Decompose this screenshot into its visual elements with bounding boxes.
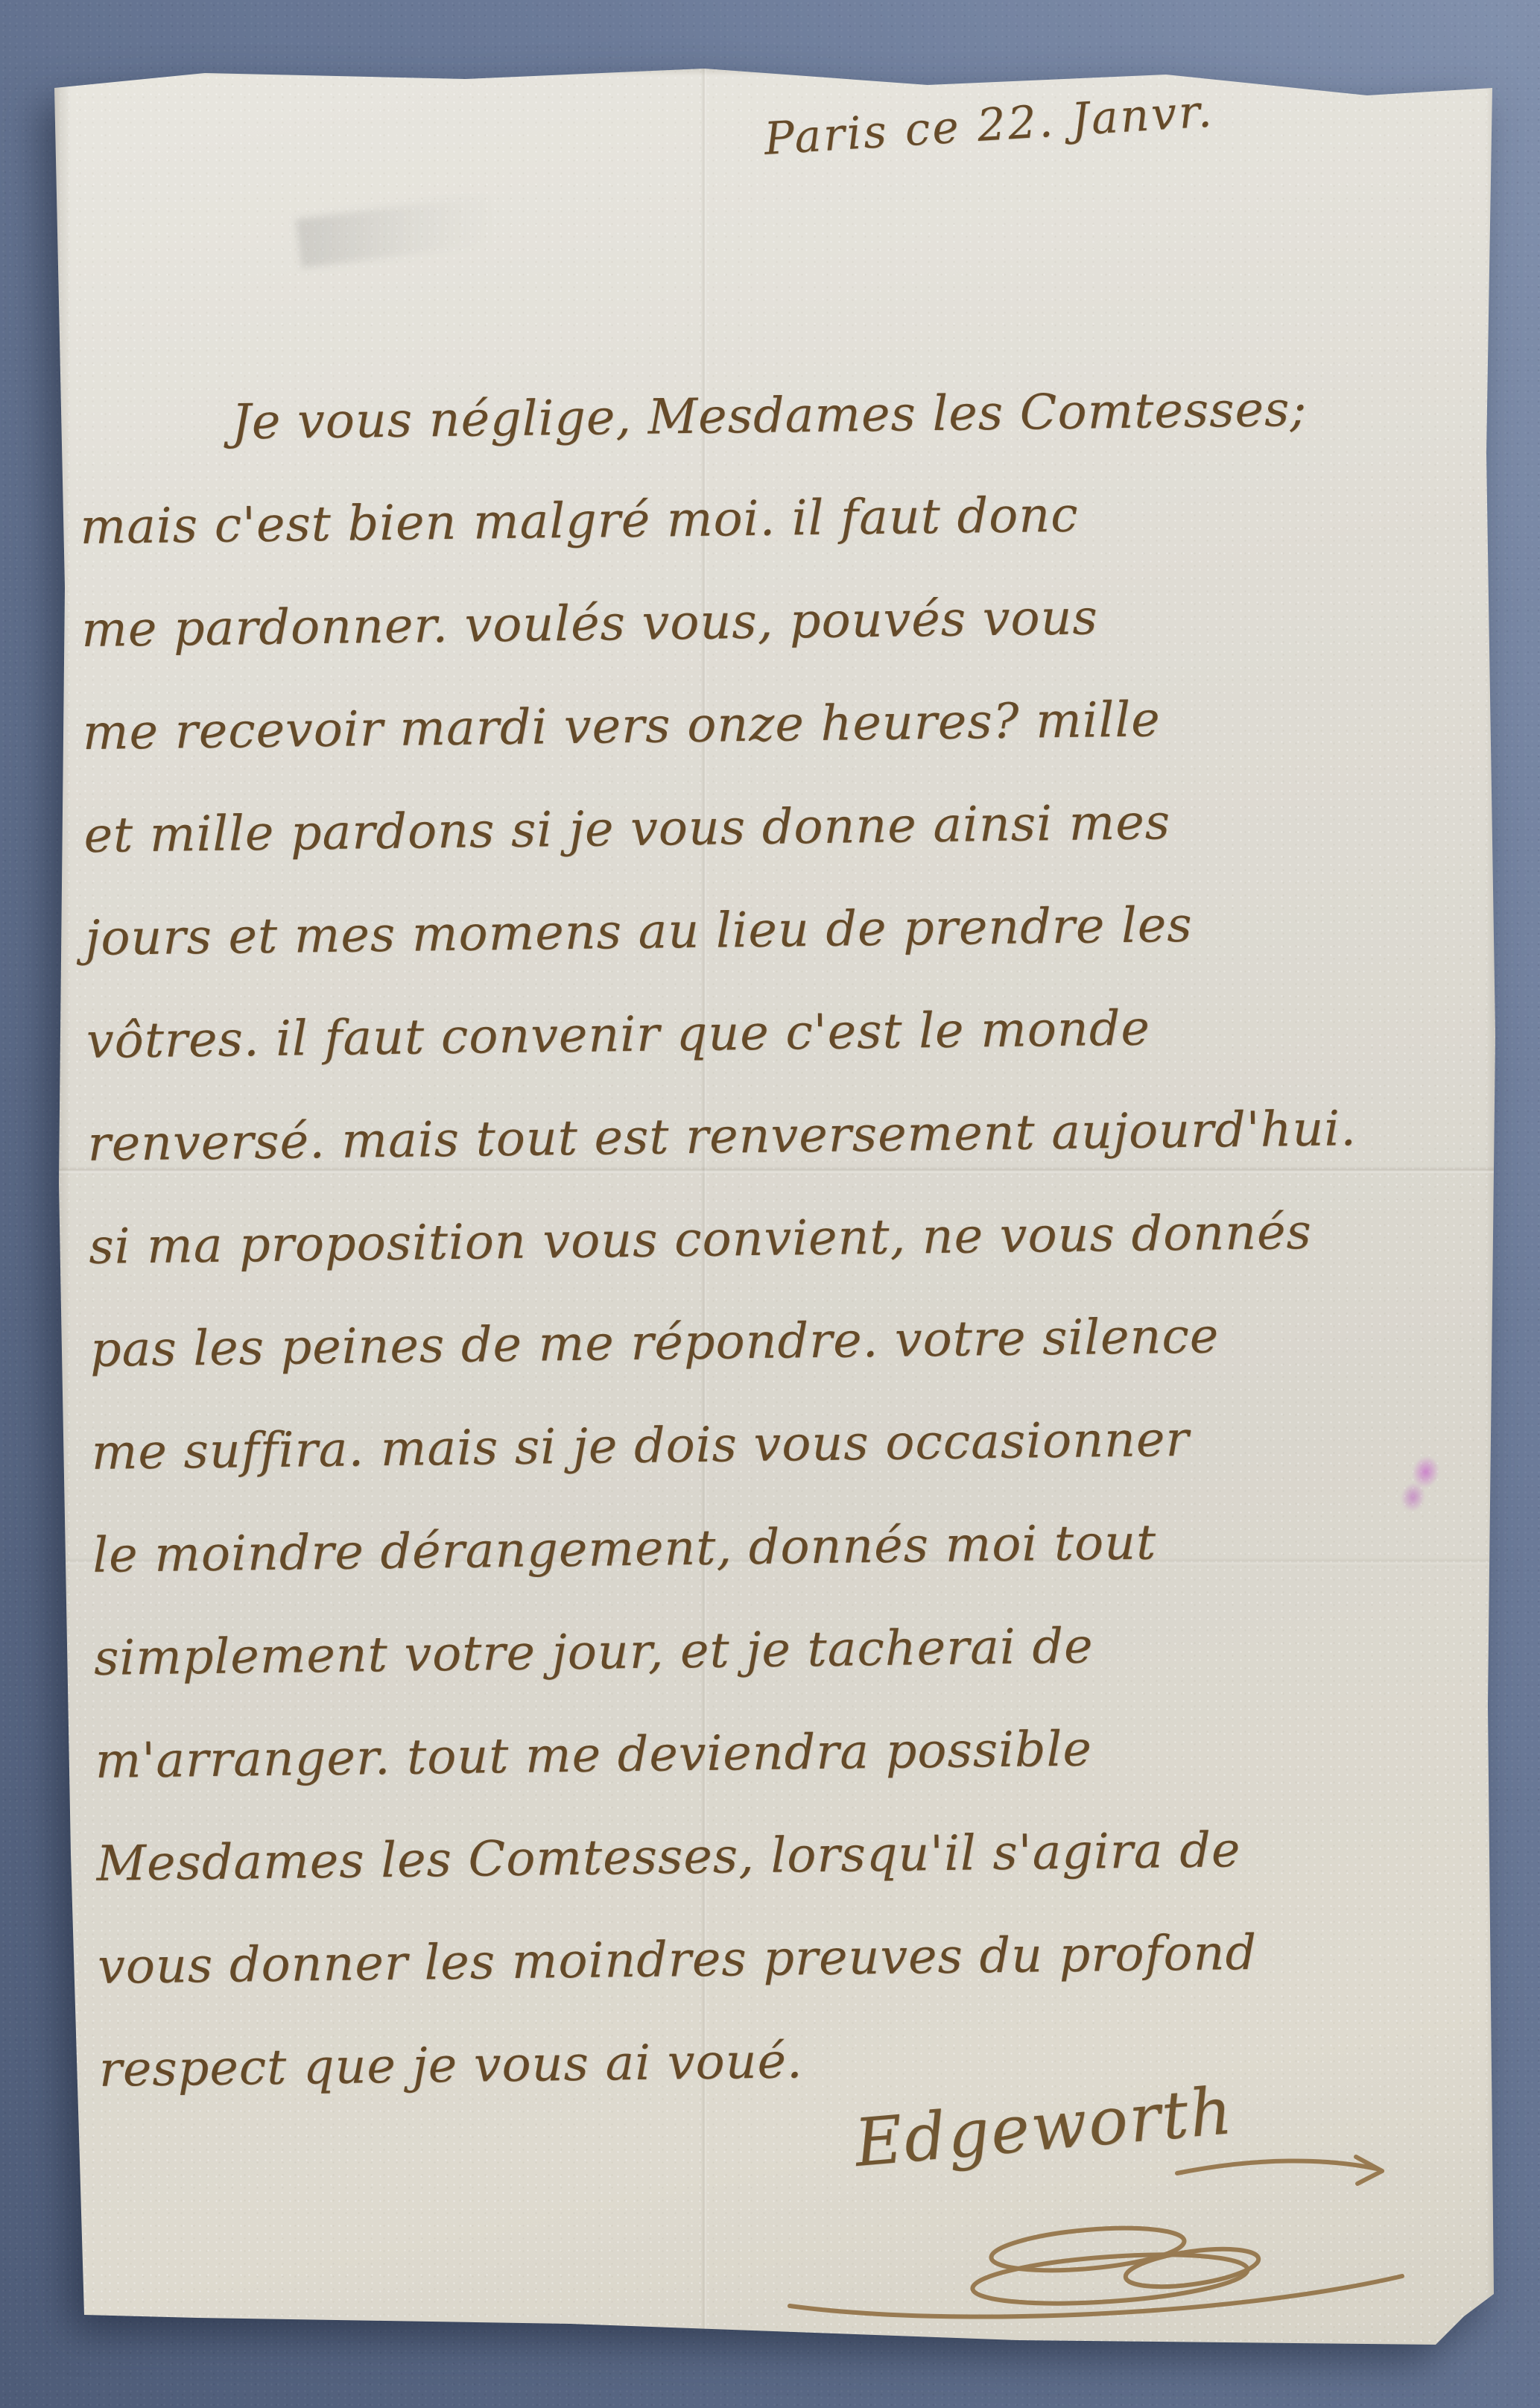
letter-line: me recevoir mardi vers onze heures? mill… xyxy=(82,665,1469,785)
paper-edge-shadow-bottom xyxy=(48,2344,1498,2357)
letter-line: me pardonner. voulés vous, pouvés vous xyxy=(80,562,1468,682)
letter-line: Mesdames les Comtesses, lorsqu'il s'agir… xyxy=(96,1796,1483,1916)
paper-edge-shadow-top xyxy=(48,66,1498,76)
letter-body: Je vous néglige, Mesdames les Comtesses;… xyxy=(78,356,1486,2122)
letter-line: me suffira. mais si je dois vous occasio… xyxy=(91,1385,1478,1505)
photograph-of-letter: Paris ce 22. Janvr. Je vous néglige, Mes… xyxy=(0,0,1540,2408)
letter-line: respect que je vous ai voué. xyxy=(98,2002,1486,2122)
letter-line: mais c'est bien malgré moi. il faut donc xyxy=(80,459,1467,579)
letter-line: m'arranger. tout me deviendra possible xyxy=(95,1693,1482,1813)
letter-line: vôtres. il faut convenir que c'est le mo… xyxy=(86,973,1473,1093)
letter-line: si ma proposition vous convient, ne vous… xyxy=(88,1179,1475,1299)
paper-edge-shadow-left xyxy=(48,66,71,2357)
letter-line: pas les peines de me répondre. votre sil… xyxy=(89,1282,1477,1402)
letter-line: jours et mes momens au lieu de prendre l… xyxy=(84,870,1471,990)
letter-line: vous donner les moindres preuves du prof… xyxy=(97,1899,1484,2019)
signature-flourish-icon xyxy=(775,2130,1430,2333)
letter-line: et mille pardons si je vous donne ainsi … xyxy=(83,768,1471,888)
paper-edge-shadow-right xyxy=(1486,66,1498,2357)
letter-line: simplement votre jour, et je tacherai de xyxy=(93,1590,1480,1710)
letter-line: Je vous néglige, Mesdames les Comtesses; xyxy=(78,356,1465,476)
letter-line: le moindre dérangement, donnés moi tout xyxy=(92,1488,1480,1608)
letter-line: renversé. mais tout est renversement auj… xyxy=(87,1076,1474,1196)
